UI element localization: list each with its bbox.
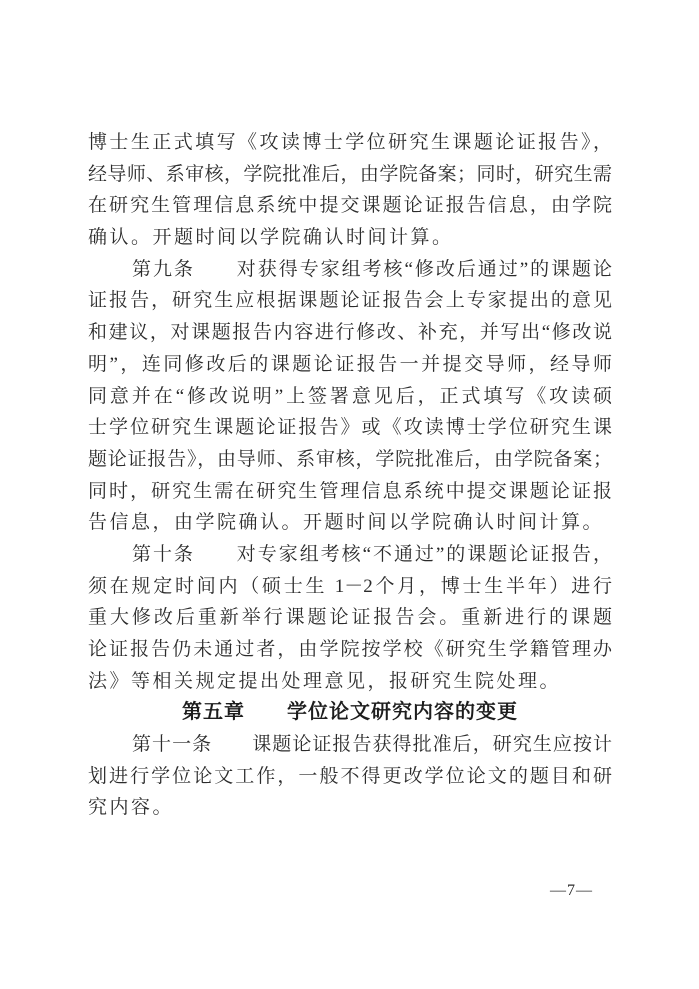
text-line: 重大修改后重新举行课题论证报告会。重新进行的课题 [88, 602, 612, 634]
text-line: 博士生正式填写《攻读博士学位研究生课题论证报告》， [88, 127, 612, 159]
chapter-heading: 第五章 学位论文研究内容的变更 [88, 697, 612, 729]
text-line: 论证报告仍未通过者，由学院按学校《研究生学籍管理办 [88, 634, 612, 666]
text-line: 经导师、系审核，学院批准后，由学院备案；同时，研究生需 [88, 159, 612, 191]
document-page: 博士生正式填写《攻读博士学位研究生课题论证报告》， 经导师、系审核，学院批准后，… [0, 0, 699, 989]
text-line: 士学位研究生课题论证报告》或《攻读博士学位研究生课 [88, 412, 612, 444]
text-line: 告信息，由学院确认。开题时间以学院确认时间计算。 [88, 507, 612, 539]
text-line: 确认。开题时间以学院确认时间计算。 [88, 222, 612, 254]
text-line: 明”，连同修改后的课题论证报告一并提交导师，经导师 [88, 349, 612, 381]
page-number: —7— [550, 881, 593, 901]
text-line: 在研究生管理信息系统中提交课题论证报告信息，由学院 [88, 190, 612, 222]
text-line: 法》等相关规定提出处理意见，报研究生院处理。 [88, 666, 612, 698]
text-line: 和建议，对课题报告内容进行修改、补充，并写出“修改说 [88, 317, 612, 349]
text-line: 题论证报告》，由导师、系审核，学院批准后，由学院备案； [88, 444, 612, 476]
document-text-block: 博士生正式填写《攻读博士学位研究生课题论证报告》， 经导师、系审核，学院批准后，… [88, 127, 612, 824]
text-line: 同意并在“修改说明”上签署意见后，正式填写《攻读硕 [88, 381, 612, 413]
text-line: 同时，研究生需在研究生管理信息系统中提交课题论证报 [88, 476, 612, 508]
article-9-line: 第九条 对获得专家组考核“修改后通过”的课题论 [88, 254, 612, 286]
text-line: 证报告，研究生应根据课题论证报告会上专家提出的意见 [88, 285, 612, 317]
article-10-line: 第十条 对专家组考核“不通过”的课题论证报告， [88, 539, 612, 571]
text-line: 究内容。 [88, 792, 612, 824]
text-line: 须在规定时间内（硕士生 1－2个月，博士生半年）进行 [88, 571, 612, 603]
article-11-line: 第十一条 课题论证报告获得批准后，研究生应按计 [88, 729, 612, 761]
text-line: 划进行学位论文工作，一般不得更改学位论文的题目和研 [88, 761, 612, 793]
